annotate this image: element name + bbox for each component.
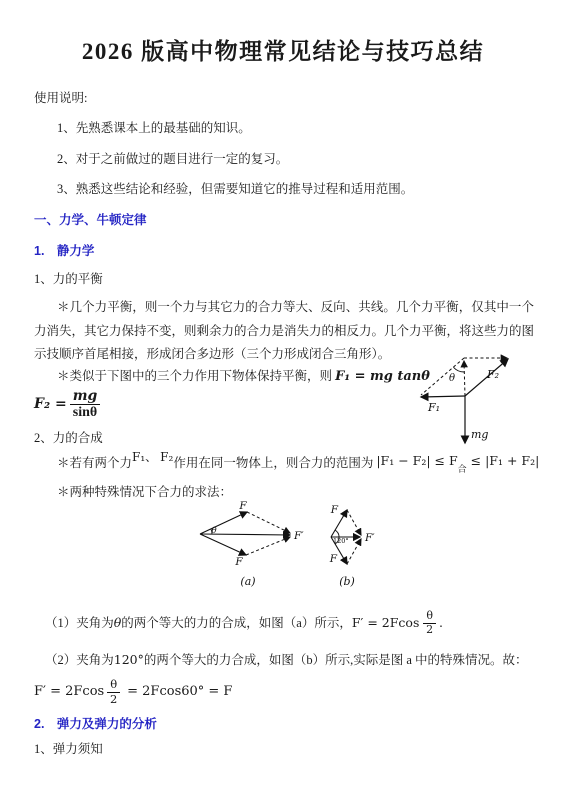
final-frac-num: θ: [107, 678, 120, 692]
final-frac-den: 2: [107, 693, 120, 706]
a-theta-label: θ: [211, 526, 216, 536]
b-dashed-top: [347, 510, 361, 535]
a-caption: (a): [240, 575, 255, 588]
elastic-note-title: 1、弹力须知: [34, 741, 103, 757]
case1-frac-num: θ: [423, 610, 436, 624]
two-forces-pre: ＊若有两个力: [57, 456, 132, 470]
b-caption: (b): [339, 575, 355, 588]
b-dashed-bottom: [347, 539, 361, 564]
document-title: 2026 版高中物理常见结论与技巧总结: [0, 33, 566, 66]
case1-fraction: θ2: [423, 610, 436, 636]
case2-rest: 的两个等大的力合成，如图（b）所示,实际是图 a 中的特殊情况。故：: [144, 653, 528, 667]
case1-pre: （1）夹角为: [45, 615, 114, 631]
force-range-line: ＊若有两个力F₁、 F₂作用在同一物体上，则合力的范围为|F₁ − F₂| ≤ …: [57, 455, 539, 475]
f2-formula: F₂ =mgsinθ: [34, 388, 103, 421]
section-heading-mechanics: 一、力学、牛顿定律: [34, 212, 147, 228]
b-resultant-label: F′: [364, 532, 375, 544]
case2-pre: （2）夹角为: [45, 653, 114, 667]
a-resultant-label: F′: [293, 530, 304, 542]
case1-line: （1）夹角为θ的两个等大的力的合成，如图（a）所示，F′ = 2Fcosθ2.: [45, 608, 443, 638]
f2-numerator: mg: [70, 388, 101, 405]
a-force-top-arrow: [200, 512, 247, 534]
a-force-bottom-arrow: [200, 534, 246, 555]
inline-f2: F₂: [160, 450, 173, 464]
theta-label: θ: [449, 373, 455, 384]
case2-line: （2）夹角为120°的两个等大的力合成，如图（b）所示,实际是图 a 中的特殊情…: [45, 652, 528, 668]
case1-theta: θ: [114, 615, 122, 631]
final-lhs: F′ = 2Fcos: [34, 684, 104, 701]
b-force-top-label: F: [330, 504, 339, 516]
final-formula: F′ = 2Fcosθ2= 2Fcos60° = F: [34, 676, 232, 708]
a-force-top-label: F: [238, 500, 247, 512]
final-rhs: = 2Fcos60° = F: [127, 684, 232, 701]
f1-label: F₁: [427, 401, 440, 414]
equilibrium-force-diagram: θ F₁ F₂ mg: [402, 348, 537, 453]
f2-label: F₂: [486, 368, 499, 381]
case1-formula: F′ = 2Fcos: [352, 615, 420, 631]
equilibrium-statement: ＊类似于下图中的三个力作用下物体保持平衡，则 F₁ = mg tanθ: [57, 368, 430, 386]
b-angle-label: 120°: [333, 537, 349, 545]
two-forces-mid: 作用在同一物体上，则合力的范围为: [173, 456, 373, 470]
usage-item-2: 2、对于之前做过的题目进行一定的复习。: [57, 151, 288, 167]
methods-line: ＊两种特殊情况下合力的求法：: [57, 484, 232, 500]
subsection-heading-elastic: 2. 弹力及弹力的分析: [34, 716, 157, 732]
usage-item-3: 3、熟悉这些结论和经验，但需要知道它的推导过程和适用范围。: [57, 181, 413, 197]
range-formula-left: |F₁ − F₂| ≤ F: [376, 453, 457, 468]
final-fraction: θ2: [107, 678, 120, 705]
resultant-dashed-line: [464, 361, 465, 396]
case1-mid: 的两个等大的力的合成，如图（a）所示，: [121, 615, 352, 631]
inline-separator: 、: [145, 450, 160, 464]
inline-f1: F₁: [132, 450, 145, 464]
b-force-bottom-label: F: [329, 553, 338, 565]
case1-period: .: [439, 615, 443, 631]
case1-frac-den: 2: [423, 624, 436, 637]
parallelogram-left-line: [421, 358, 464, 395]
a-dashed-bottom: [246, 537, 290, 555]
f2-denominator: sinθ: [70, 405, 101, 421]
range-formula-right: ≤ |F₁ + F₂|: [467, 453, 540, 468]
usage-item-1: 1、先熟悉课本上的最基础的知识。: [57, 120, 251, 136]
a-dashed-top: [247, 512, 290, 533]
subsection-heading-statics: 1. 静力学: [34, 243, 94, 259]
equilibrium-text: ＊类似于下图中的三个力作用下物体保持平衡，则: [57, 369, 335, 383]
document-page: 2026 版高中物理常见结论与技巧总结 使用说明: 1、先熟悉课本上的最基础的知…: [0, 0, 566, 800]
f2-fraction: mgsinθ: [70, 388, 101, 421]
theta-arc: [453, 367, 464, 372]
composition-subtitle: 2、力的合成: [34, 430, 103, 446]
range-subscript: 合: [458, 465, 467, 475]
usage-label: 使用说明:: [34, 90, 87, 106]
mg-label: mg: [471, 428, 488, 441]
balance-subtitle: 1、力的平衡: [34, 271, 103, 287]
case2-angle: 120°: [114, 652, 144, 667]
composition-diagrams: θ F F F′ (a) 120° F F F′ (b): [180, 500, 410, 590]
force-f1-arrow: [421, 396, 465, 397]
a-force-bottom-label: F: [234, 556, 243, 568]
f2-lhs: F₂ =: [34, 396, 67, 412]
